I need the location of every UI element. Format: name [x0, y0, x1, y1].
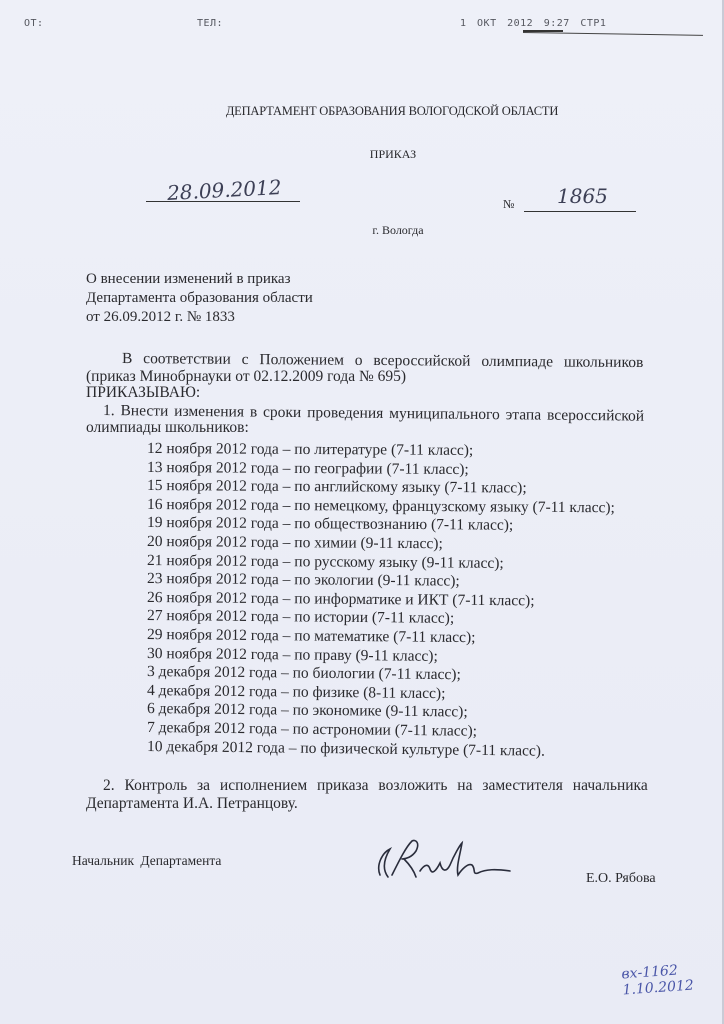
- fax-from-label: ОТ:: [24, 18, 44, 29]
- order-directive: ПРИКАЗЫВАЮ:: [86, 385, 200, 402]
- document-type-heading: ПРИКАЗ: [0, 147, 724, 162]
- subject-line: Департамента образования области: [86, 289, 313, 308]
- schedule-row: 12 ноября 2012 года – по литературе (7-1…: [147, 440, 615, 461]
- item-1-line-2: олимпиады школьников:: [86, 420, 249, 437]
- registration-note-handwritten: вх-1162 1.10.2012: [621, 962, 694, 999]
- item-2-line-1: 2. Контроль за исполнением приказа возло…: [103, 778, 648, 795]
- number-underline: [524, 211, 636, 212]
- scanned-document-page: ОТ: ТЕЛ: 1 ОКТ 2012 9:27 СТР1 ДЕПАРТАМЕН…: [0, 0, 724, 1024]
- handwritten-signature-icon: [370, 835, 520, 883]
- item-2-line-2: Департамента И.А. Петранцову.: [86, 796, 298, 813]
- fax-date-time: 1 ОКТ 2012 9:27: [460, 18, 570, 29]
- order-number-handwritten: 1865: [557, 184, 608, 208]
- subject-line: О внесении изменений в приказ: [86, 270, 313, 289]
- signer-title: Начальник Департамента: [72, 853, 221, 869]
- fax-tel-label: ТЕЛ:: [197, 18, 223, 29]
- signer-name: Е.О. Рябова: [586, 871, 656, 887]
- subject-line: от 26.09.2012 г. № 1833: [86, 308, 313, 327]
- order-subject: О внесении изменений в приказ Департамен…: [86, 270, 313, 327]
- fax-underline: [523, 32, 703, 36]
- fax-underline-mark: [523, 30, 563, 32]
- olympiad-schedule-list: 12 ноября 2012 года – по литературе (7-1…: [147, 440, 615, 756]
- fax-page-number: СТР1: [580, 18, 606, 29]
- city-label: г. Вологда: [0, 223, 724, 238]
- fax-timestamp: 1 ОКТ 2012 9:27 СТР1: [460, 18, 606, 29]
- department-heading: ДЕПАРТАМЕНТ ОБРАЗОВАНИЯ ВОЛОГОДСКОЙ ОБЛА…: [0, 104, 724, 119]
- number-sign: №: [503, 197, 514, 212]
- date-underline: [146, 201, 300, 202]
